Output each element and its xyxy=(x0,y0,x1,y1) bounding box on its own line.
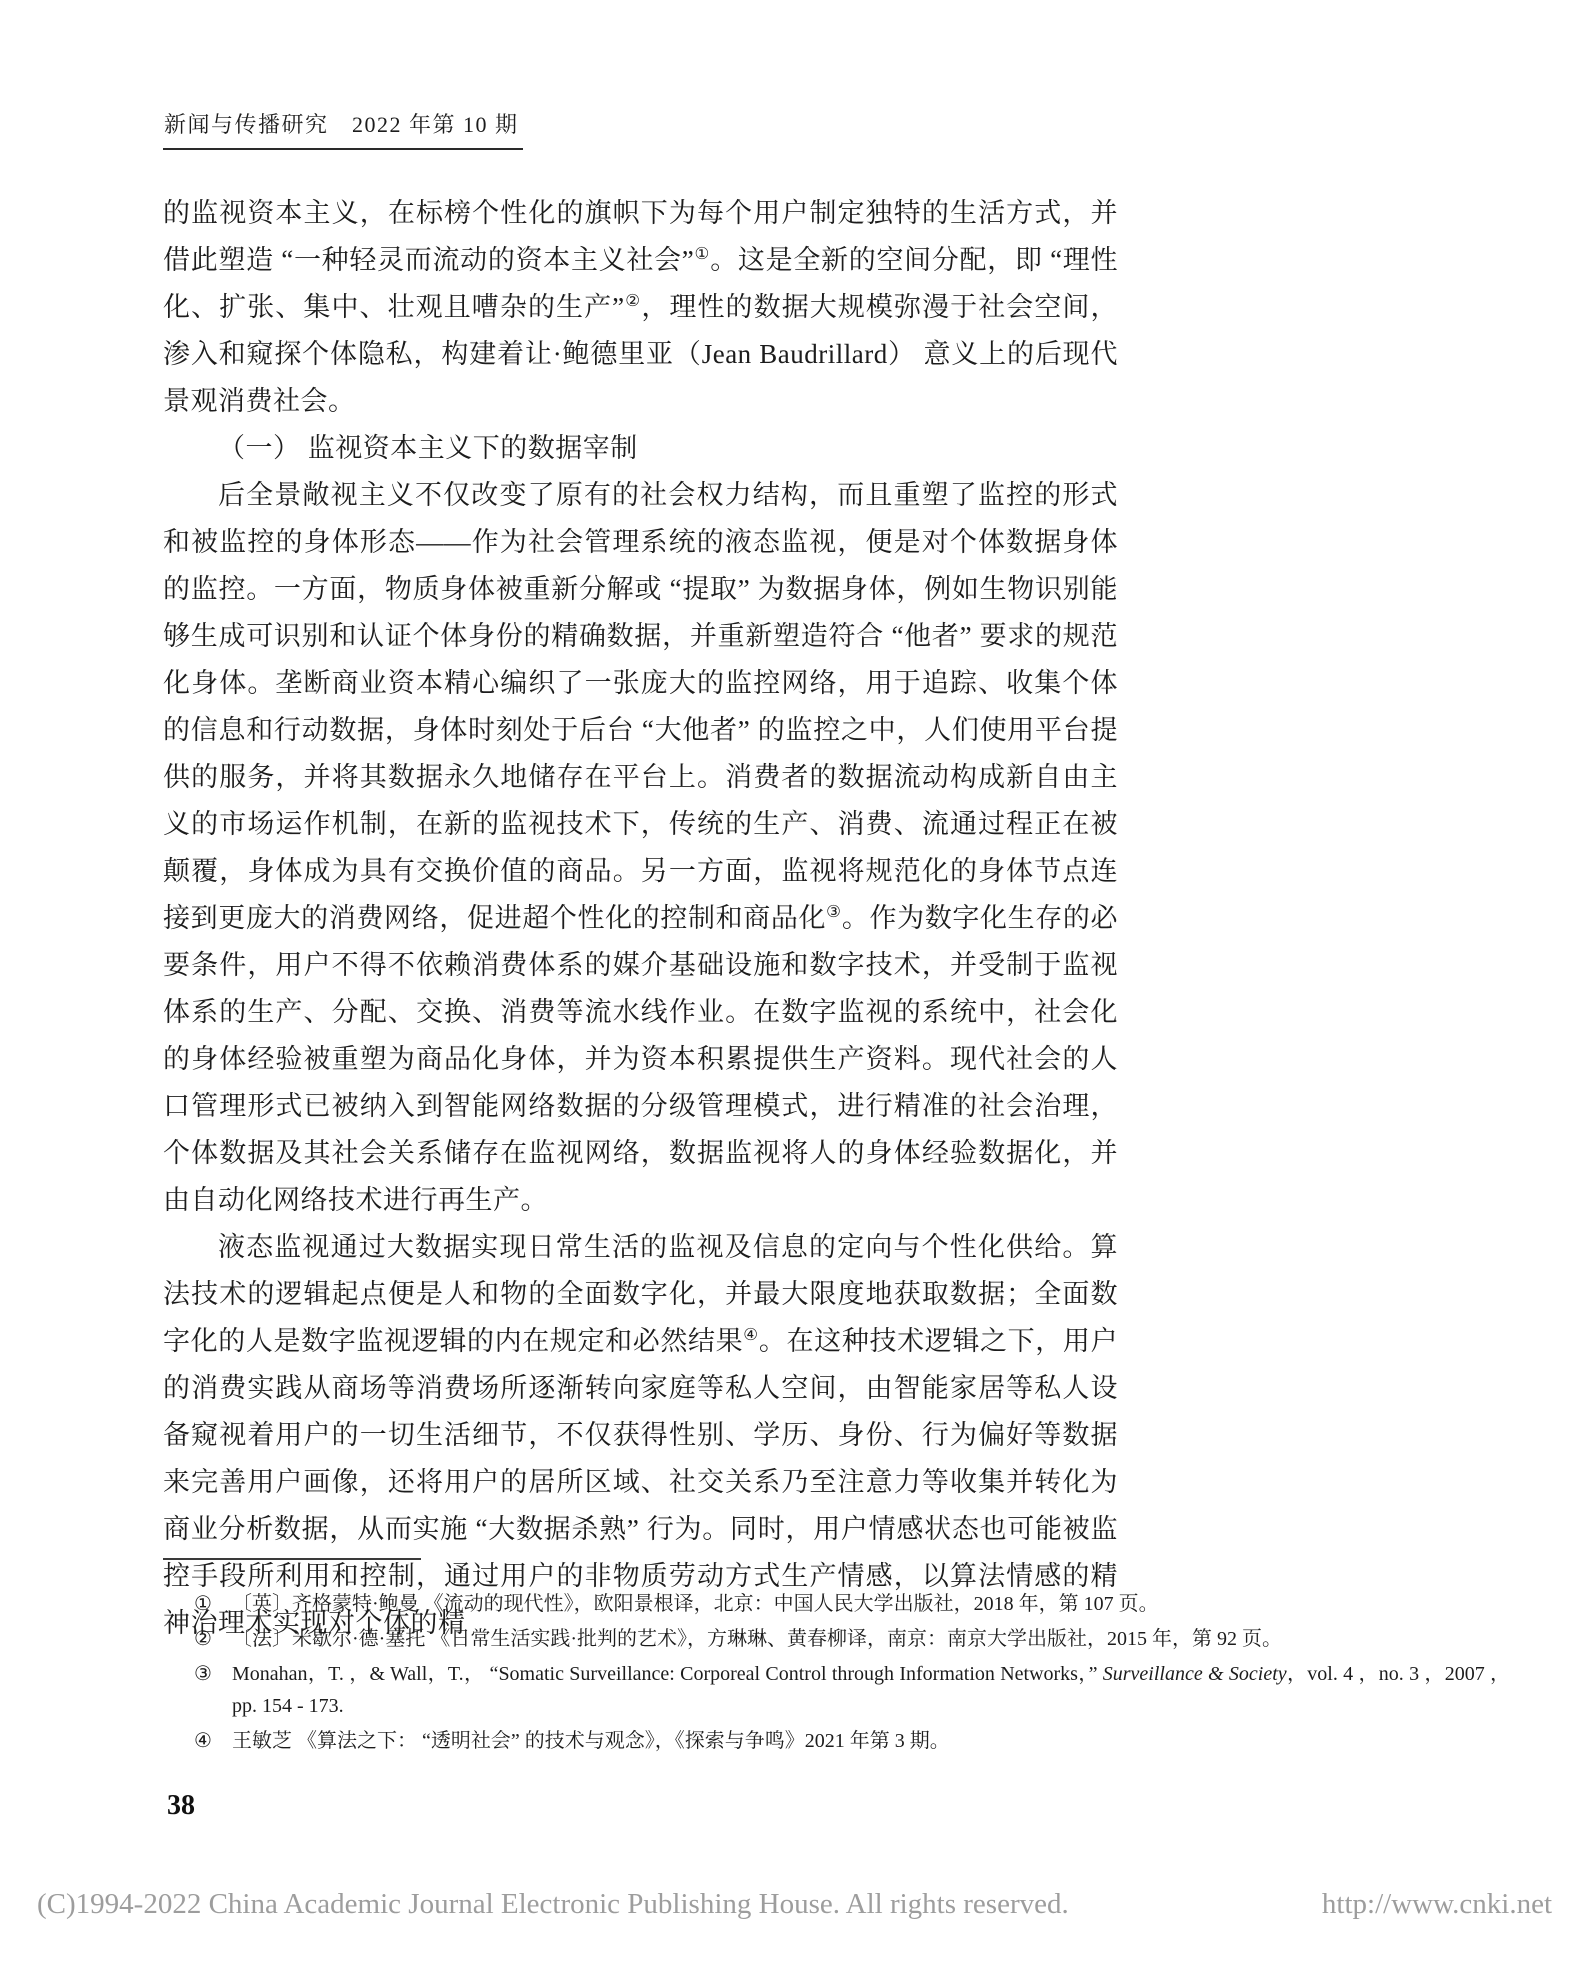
body-paragraph: 液态监视通过大数据实现日常生活的监视及信息的定向与个性化供给。算法技术的逻辑起点… xyxy=(163,1224,1118,1647)
footnote-separator xyxy=(163,1558,421,1560)
footnote-reference: ② xyxy=(625,291,642,310)
text-run: 王敏芝 《算法之下： “透明社会” 的技术与观念》，《探索与争鸣》2021 年第… xyxy=(232,1730,950,1752)
text-run: 。作为数字化生存的必要条件，用户不得不依赖消费体系的媒介基础设施和数字技术，并受… xyxy=(163,903,1118,1215)
footnote-marker: ① xyxy=(194,1588,232,1620)
section-heading: （一） 监视资本主义下的数据宰制 xyxy=(163,425,1118,472)
article-body: 的监视资本主义，在标榜个性化的旗帜下为每个用户制定独特的生活方式，并借此塑造 “… xyxy=(163,190,1118,1647)
copyright-text: (C)1994-2022 China Academic Journal Elec… xyxy=(37,1888,1069,1921)
body-paragraph: 的监视资本主义，在标榜个性化的旗帜下为每个用户制定独特的生活方式，并借此塑造 “… xyxy=(163,190,1118,425)
footnote-text: 〔法〕米歇尔·德·塞托 《日常生活实践·批判的艺术》，方琳琳、黄春柳译，南京：南… xyxy=(232,1623,1510,1655)
text-run: 〔英〕齐格蒙特·鲍曼 《流动的现代性》，欧阳景根译，北京：中国人民大学出版社，2… xyxy=(232,1593,1159,1615)
journal-page: 新闻与传播研究 2022 年第 10 期 的监视资本主义，在标榜个性化的旗帜下为… xyxy=(0,0,1587,1965)
text-run: 后全景敞视主义不仅改变了原有的社会权力结构，而且重塑了监控的形式和被监控的身体形… xyxy=(163,480,1118,933)
footnote-text: 王敏芝 《算法之下： “透明社会” 的技术与观念》，《探索与争鸣》2021 年第… xyxy=(232,1725,1510,1757)
footnote-text: Monahan，T. ，& Wall，T.， “Somatic Surveill… xyxy=(232,1658,1510,1722)
footnote-item: ③Monahan，T. ，& Wall，T.， “Somatic Surveil… xyxy=(194,1658,1510,1722)
running-head: 新闻与传播研究 2022 年第 10 期 xyxy=(163,108,523,150)
footnote-item: ①〔英〕齐格蒙特·鲍曼 《流动的现代性》，欧阳景根译，北京：中国人民大学出版社，… xyxy=(194,1588,1510,1620)
cnki-url: http://www.cnki.net xyxy=(1322,1888,1552,1921)
footnotes-block: ①〔英〕齐格蒙特·鲍曼 《流动的现代性》，欧阳景根译，北京：中国人民大学出版社，… xyxy=(194,1588,1510,1760)
italic-text: Surveillance & Society xyxy=(1103,1663,1287,1685)
running-head-text: 新闻与传播研究 2022 年第 10 期 xyxy=(164,112,519,137)
footnote-marker: ③ xyxy=(194,1658,232,1690)
text-run: 〔法〕米歇尔·德·塞托 《日常生活实践·批判的艺术》，方琳琳、黄春柳译，南京：南… xyxy=(232,1628,1282,1650)
footnote-reference: ① xyxy=(694,244,710,263)
text-run: （一） 监视资本主义下的数据宰制 xyxy=(218,433,638,463)
footnote-marker: ② xyxy=(194,1623,232,1655)
text-run: Monahan，T. ，& Wall，T.， “Somatic Surveill… xyxy=(232,1663,1103,1685)
footnote-marker: ④ xyxy=(194,1725,232,1757)
footnote-item: ②〔法〕米歇尔·德·塞托 《日常生活实践·批判的艺术》，方琳琳、黄春柳译，南京：… xyxy=(194,1623,1510,1655)
footnote-text: 〔英〕齐格蒙特·鲍曼 《流动的现代性》，欧阳景根译，北京：中国人民大学出版社，2… xyxy=(232,1588,1510,1620)
footnote-reference: ④ xyxy=(743,1325,759,1344)
footnote-item: ④王敏芝 《算法之下： “透明社会” 的技术与观念》，《探索与争鸣》2021 年… xyxy=(194,1725,1510,1757)
body-paragraph: 后全景敞视主义不仅改变了原有的社会权力结构，而且重塑了监控的形式和被监控的身体形… xyxy=(163,472,1118,1224)
page-number: 38 xyxy=(167,1790,195,1822)
copyright-footer: (C)1994-2022 China Academic Journal Elec… xyxy=(37,1888,1552,1921)
footnote-reference: ③ xyxy=(826,902,842,921)
